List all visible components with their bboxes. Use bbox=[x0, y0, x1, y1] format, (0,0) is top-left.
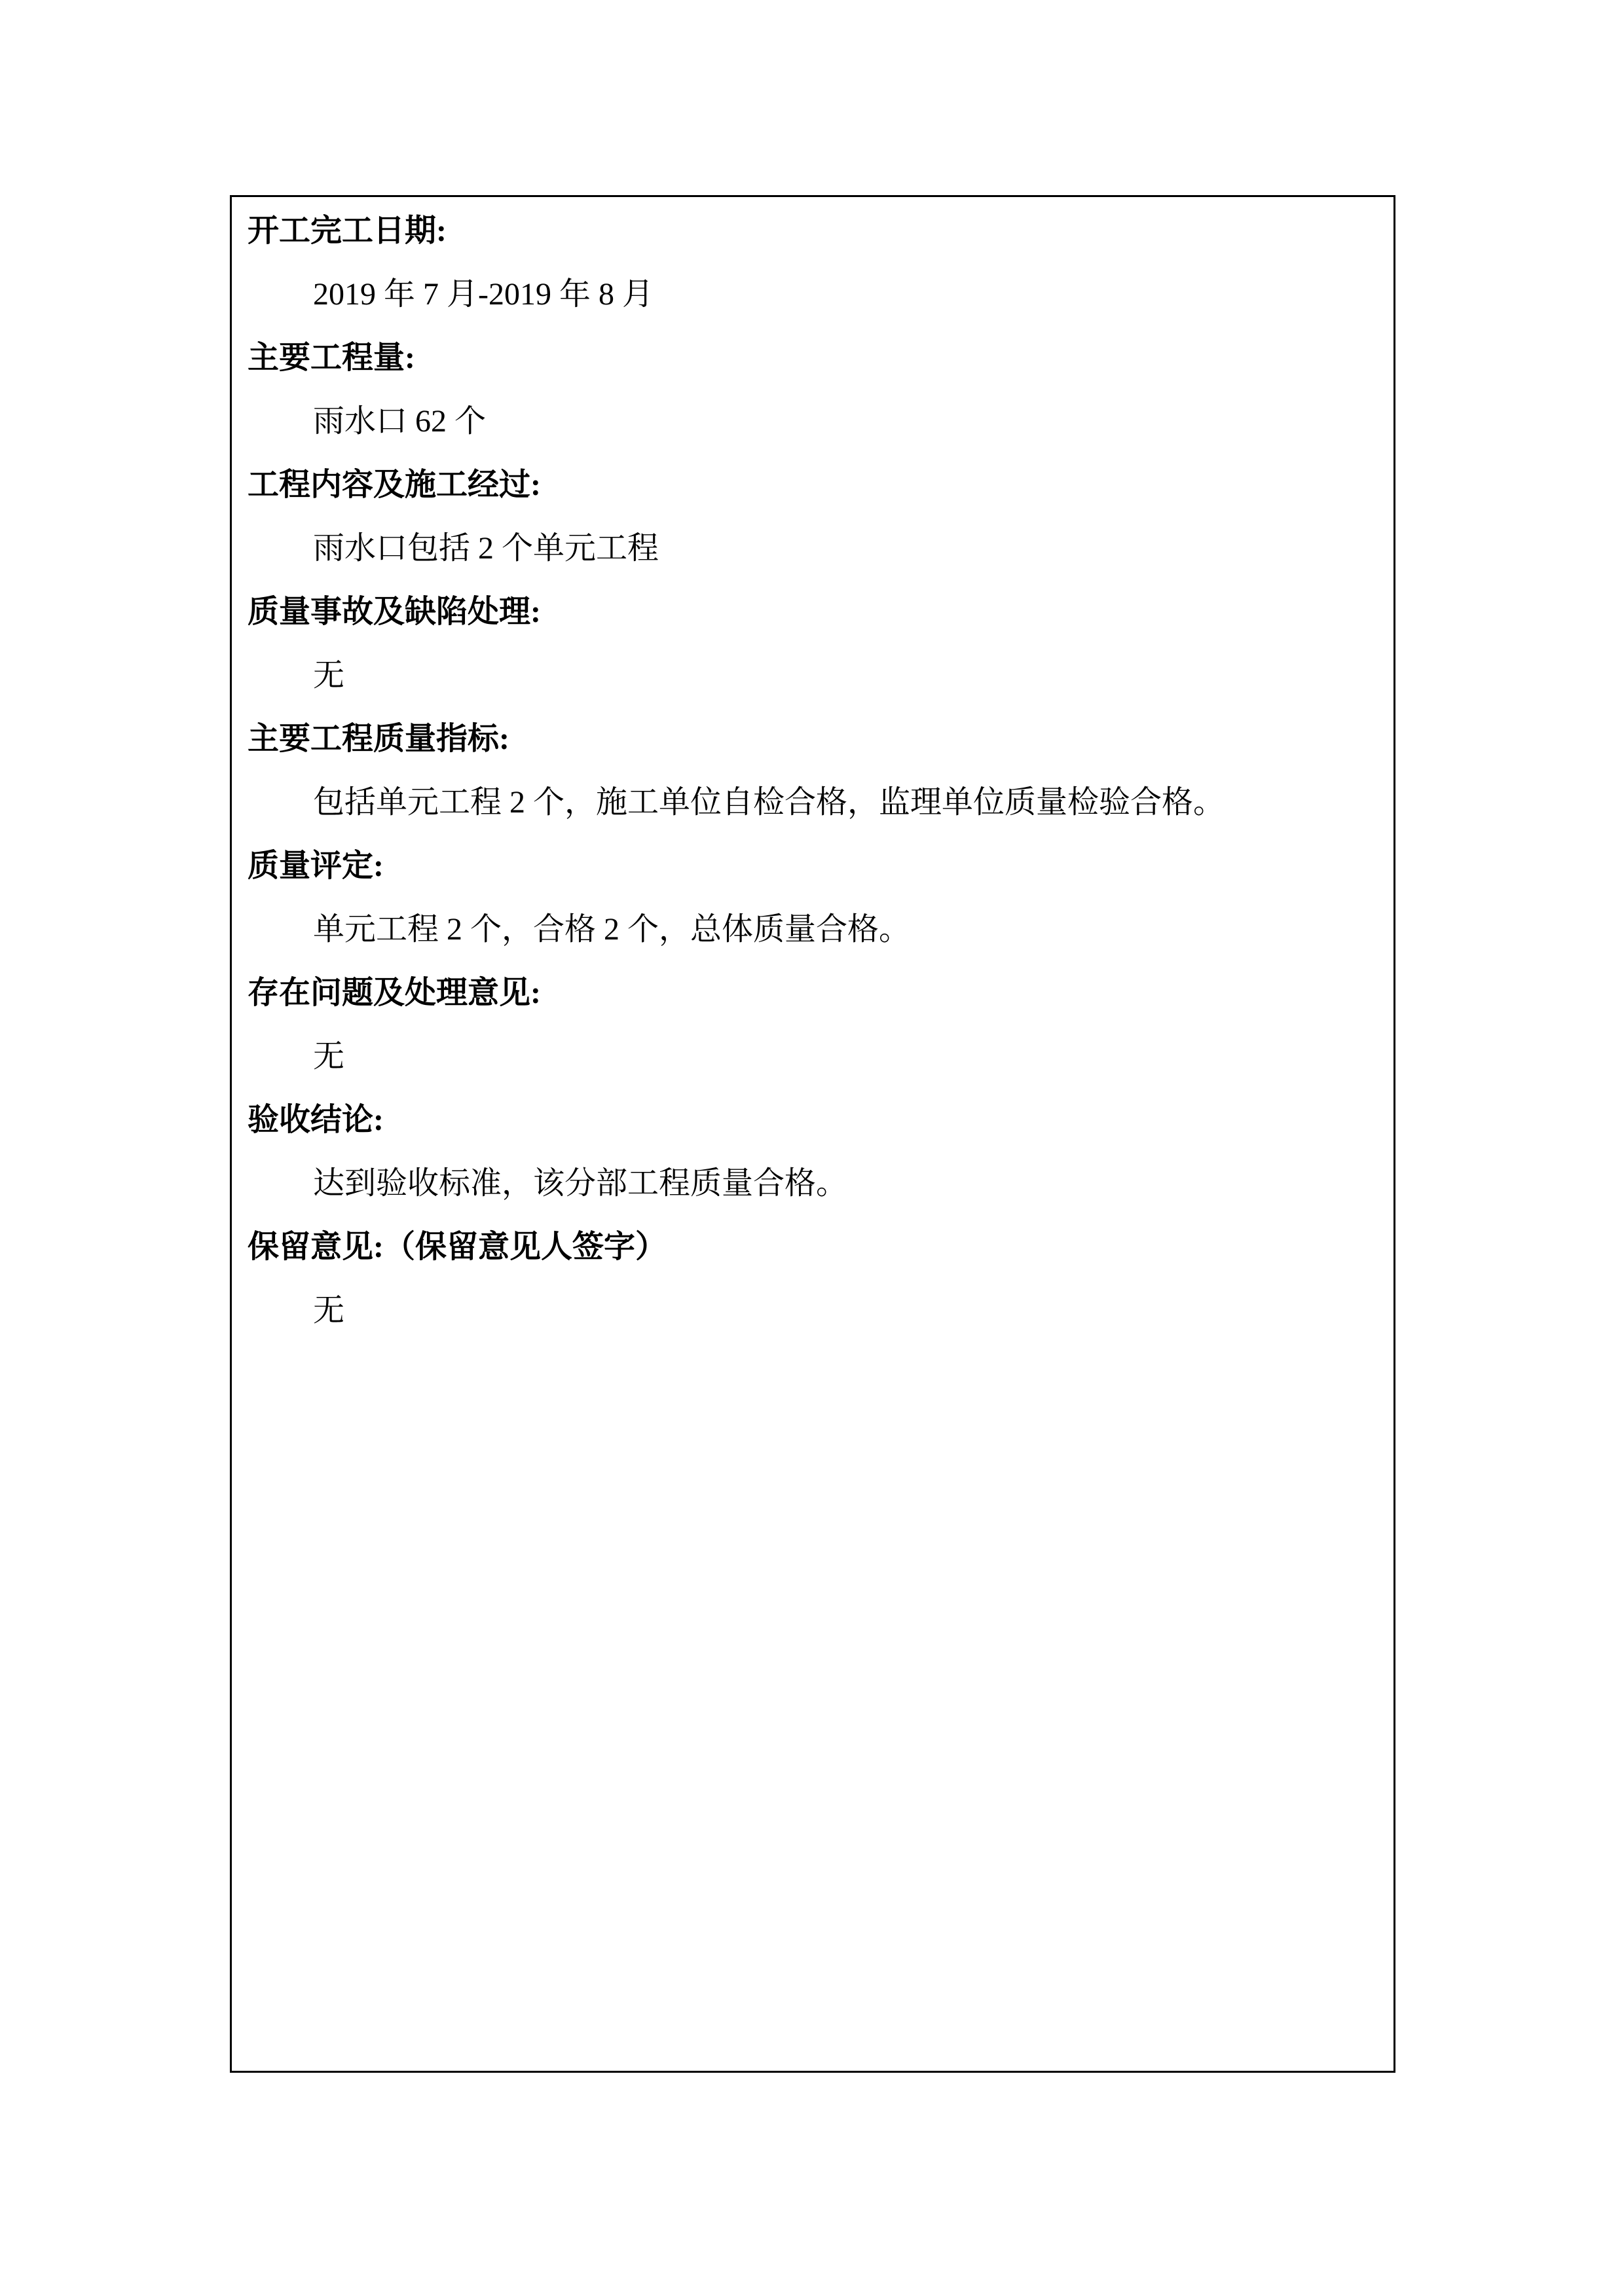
label-quality-accidents: 质量事故及缺陷处理: bbox=[248, 580, 1378, 644]
value-quality-accidents: 无 bbox=[248, 644, 1378, 707]
document-page: { "page": { "background": "#ffffff", "te… bbox=[0, 0, 1624, 2296]
label-existing-problems: 存在问题及处理意见: bbox=[248, 961, 1378, 1025]
value-work-content: 雨水口包括 2 个单元工程 bbox=[248, 517, 1378, 580]
label-quality-assessment: 质量评定: bbox=[248, 834, 1378, 898]
label-quality-indicators: 主要工程质量指标: bbox=[248, 707, 1378, 771]
label-main-quantities: 主要工程量: bbox=[248, 326, 1378, 390]
value-quality-assessment: 单元工程 2 个，合格 2 个，总体质量合格。 bbox=[248, 898, 1378, 961]
value-acceptance-conclusion: 达到验收标准，该分部工程质量合格。 bbox=[248, 1152, 1378, 1215]
form-border-box: 开工完工日期: 2019 年 7 月-2019 年 8 月 主要工程量: 雨水口… bbox=[230, 195, 1395, 2073]
value-main-quantities: 雨水口 62 个 bbox=[248, 390, 1378, 453]
label-acceptance-conclusion: 验收结论: bbox=[248, 1088, 1378, 1152]
value-reserved-opinions: 无 bbox=[248, 1279, 1378, 1342]
label-reserved-opinions: 保留意见:（保留意见人签字） bbox=[248, 1215, 1378, 1279]
value-start-finish-date: 2019 年 7 月-2019 年 8 月 bbox=[248, 263, 1378, 326]
label-start-finish-date: 开工完工日期: bbox=[248, 199, 1378, 263]
label-work-content: 工程内容及施工经过: bbox=[248, 453, 1378, 517]
value-existing-problems: 无 bbox=[248, 1025, 1378, 1088]
value-quality-indicators: 包括单元工程 2 个，施工单位自检合格，监理单位质量检验合格。 bbox=[248, 771, 1378, 834]
